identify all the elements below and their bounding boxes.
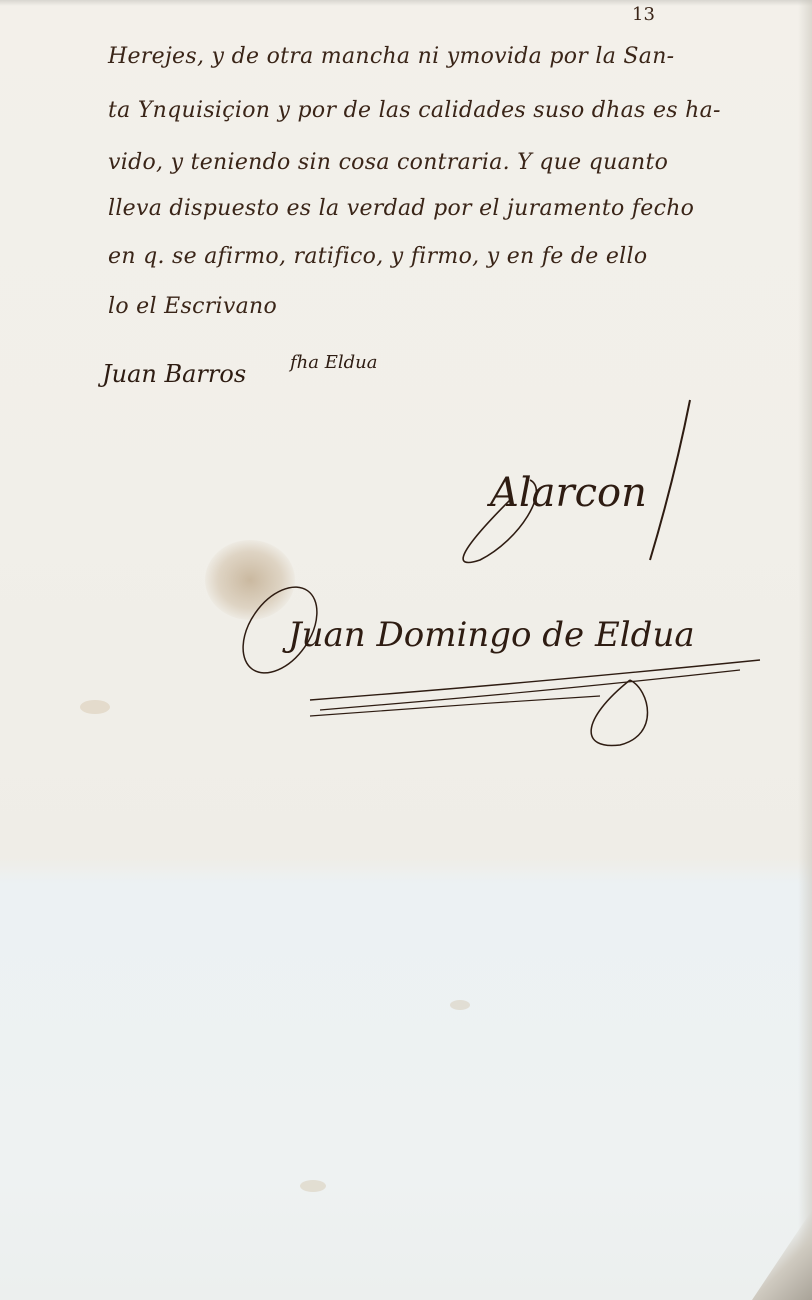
curled-page-corner: [752, 1210, 812, 1300]
paper-spot: [80, 700, 110, 714]
paper-spot: [300, 1180, 326, 1192]
signature-flourish-eldua: [240, 570, 780, 770]
manuscript-line: en q. se afirmo, ratifico, y firmo, y en…: [108, 244, 647, 269]
manuscript-page: 13 Herejes, y de otra mancha ni ymovida …: [0, 0, 812, 1300]
signature-alarcon: Alarcon: [490, 470, 647, 516]
folio-number: 13: [632, 4, 655, 25]
manuscript-line: lo el Escrivano: [108, 294, 277, 319]
signature-note: fha Eldua: [290, 352, 377, 373]
paper-spot: [450, 1000, 470, 1010]
manuscript-line: lleva dispuesto es la verdad por el jura…: [108, 196, 694, 221]
manuscript-line: Herejes, y de otra mancha ni ymovida por…: [108, 44, 674, 69]
page-right-edge: [798, 0, 812, 1300]
page-top-edge: [0, 0, 812, 6]
manuscript-line: ta Ynquisiçion y por de las calidades su…: [108, 98, 721, 123]
manuscript-line: vido, y teniendo sin cosa contraria. Y q…: [108, 150, 668, 175]
signature-juan-domingo-de-eldua: Juan Domingo de Eldua: [288, 615, 695, 655]
signature-juan-barros: Juan Barros: [102, 360, 246, 388]
